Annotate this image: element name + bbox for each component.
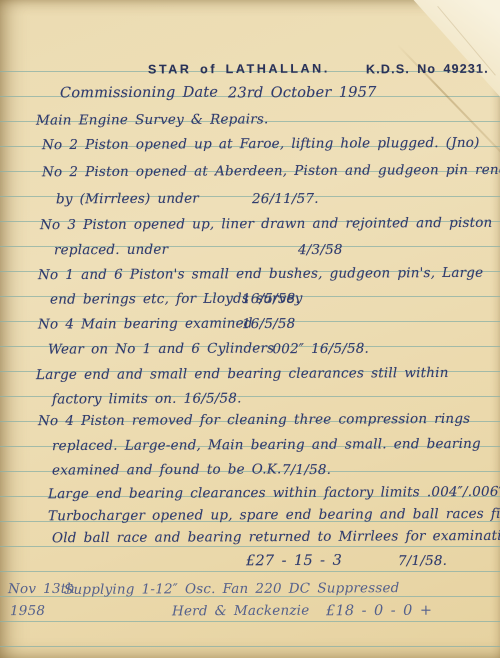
handwritten-text: examined and found to be O.K. <box>52 461 282 478</box>
cost-amount: £18 - 0 - 0 + <box>326 603 432 620</box>
handwritten-text: Turbocharger opened up, spare end bearin… <box>48 506 500 525</box>
margin-year: 1958 <box>10 603 45 619</box>
handwritten-text: factory limits on. 16/5/58. <box>52 391 242 408</box>
entry-date: 26/11/57. <box>252 191 319 207</box>
notebook-page: STAR of LATHALLAN.K.D.S. No 49231.Commis… <box>0 0 500 658</box>
page-fold-corner <box>380 0 500 110</box>
handwritten-text: Old ball race and bearing returned to Mi… <box>52 528 500 546</box>
entry-date: 16/5/58 <box>242 316 296 332</box>
contractor-signature: Herd & Mackenzie <box>172 603 309 620</box>
handwritten-text: Large end bearing clearances within fact… <box>48 484 500 502</box>
commissioning-date: 23rd October 1957 <box>228 85 377 102</box>
entry-date: 7/1/58. <box>398 553 447 569</box>
handwritten-text: No 4 Main bearing examined <box>38 315 253 332</box>
handwritten-text: No 4 Piston removed for cleaning three c… <box>38 411 470 429</box>
entry-date: 4/3/58 <box>298 242 343 258</box>
handwritten-text: Wear on No 1 and 6 Cylinders <box>48 340 274 357</box>
handwritten-text: replaced. under <box>54 242 168 259</box>
entry-value-date: ·002″ 16/5/58. <box>268 341 369 358</box>
handwritten-text: No 2 Piston opened up at Faroe, lifting … <box>42 135 480 153</box>
section-heading: Main Engine Survey & Repairs. <box>36 111 269 128</box>
handwritten-text: replaced. Large-end, Main bearing and sm… <box>52 436 481 454</box>
cost-amount: £27 - 15 - 3 <box>246 553 342 570</box>
entry-date: 7/1/58. <box>282 462 331 478</box>
handwritten-text: No 3 Piston opened up, liner drawn and r… <box>40 215 493 233</box>
handwritten-text: No 1 and 6 Piston's small end bushes, gu… <box>38 265 483 283</box>
ship-name: STAR of LATHALLAN. <box>148 62 330 77</box>
registry-number: K.D.S. No 49231. <box>366 62 489 77</box>
handwritten-text: Large end and small end bearing clearanc… <box>36 365 449 383</box>
handwritten-text: by (Mirrlees) under <box>56 191 199 208</box>
entry-date: 16/5/58. <box>242 291 300 307</box>
commissioning-label: Commissioning Date <box>60 85 218 102</box>
handwritten-text: No 2 Piston opened at Aberdeen, Piston a… <box>42 162 500 181</box>
handwritten-text: Supplying 1-12″ Osc. Fan 220 DC Suppress… <box>64 580 400 598</box>
